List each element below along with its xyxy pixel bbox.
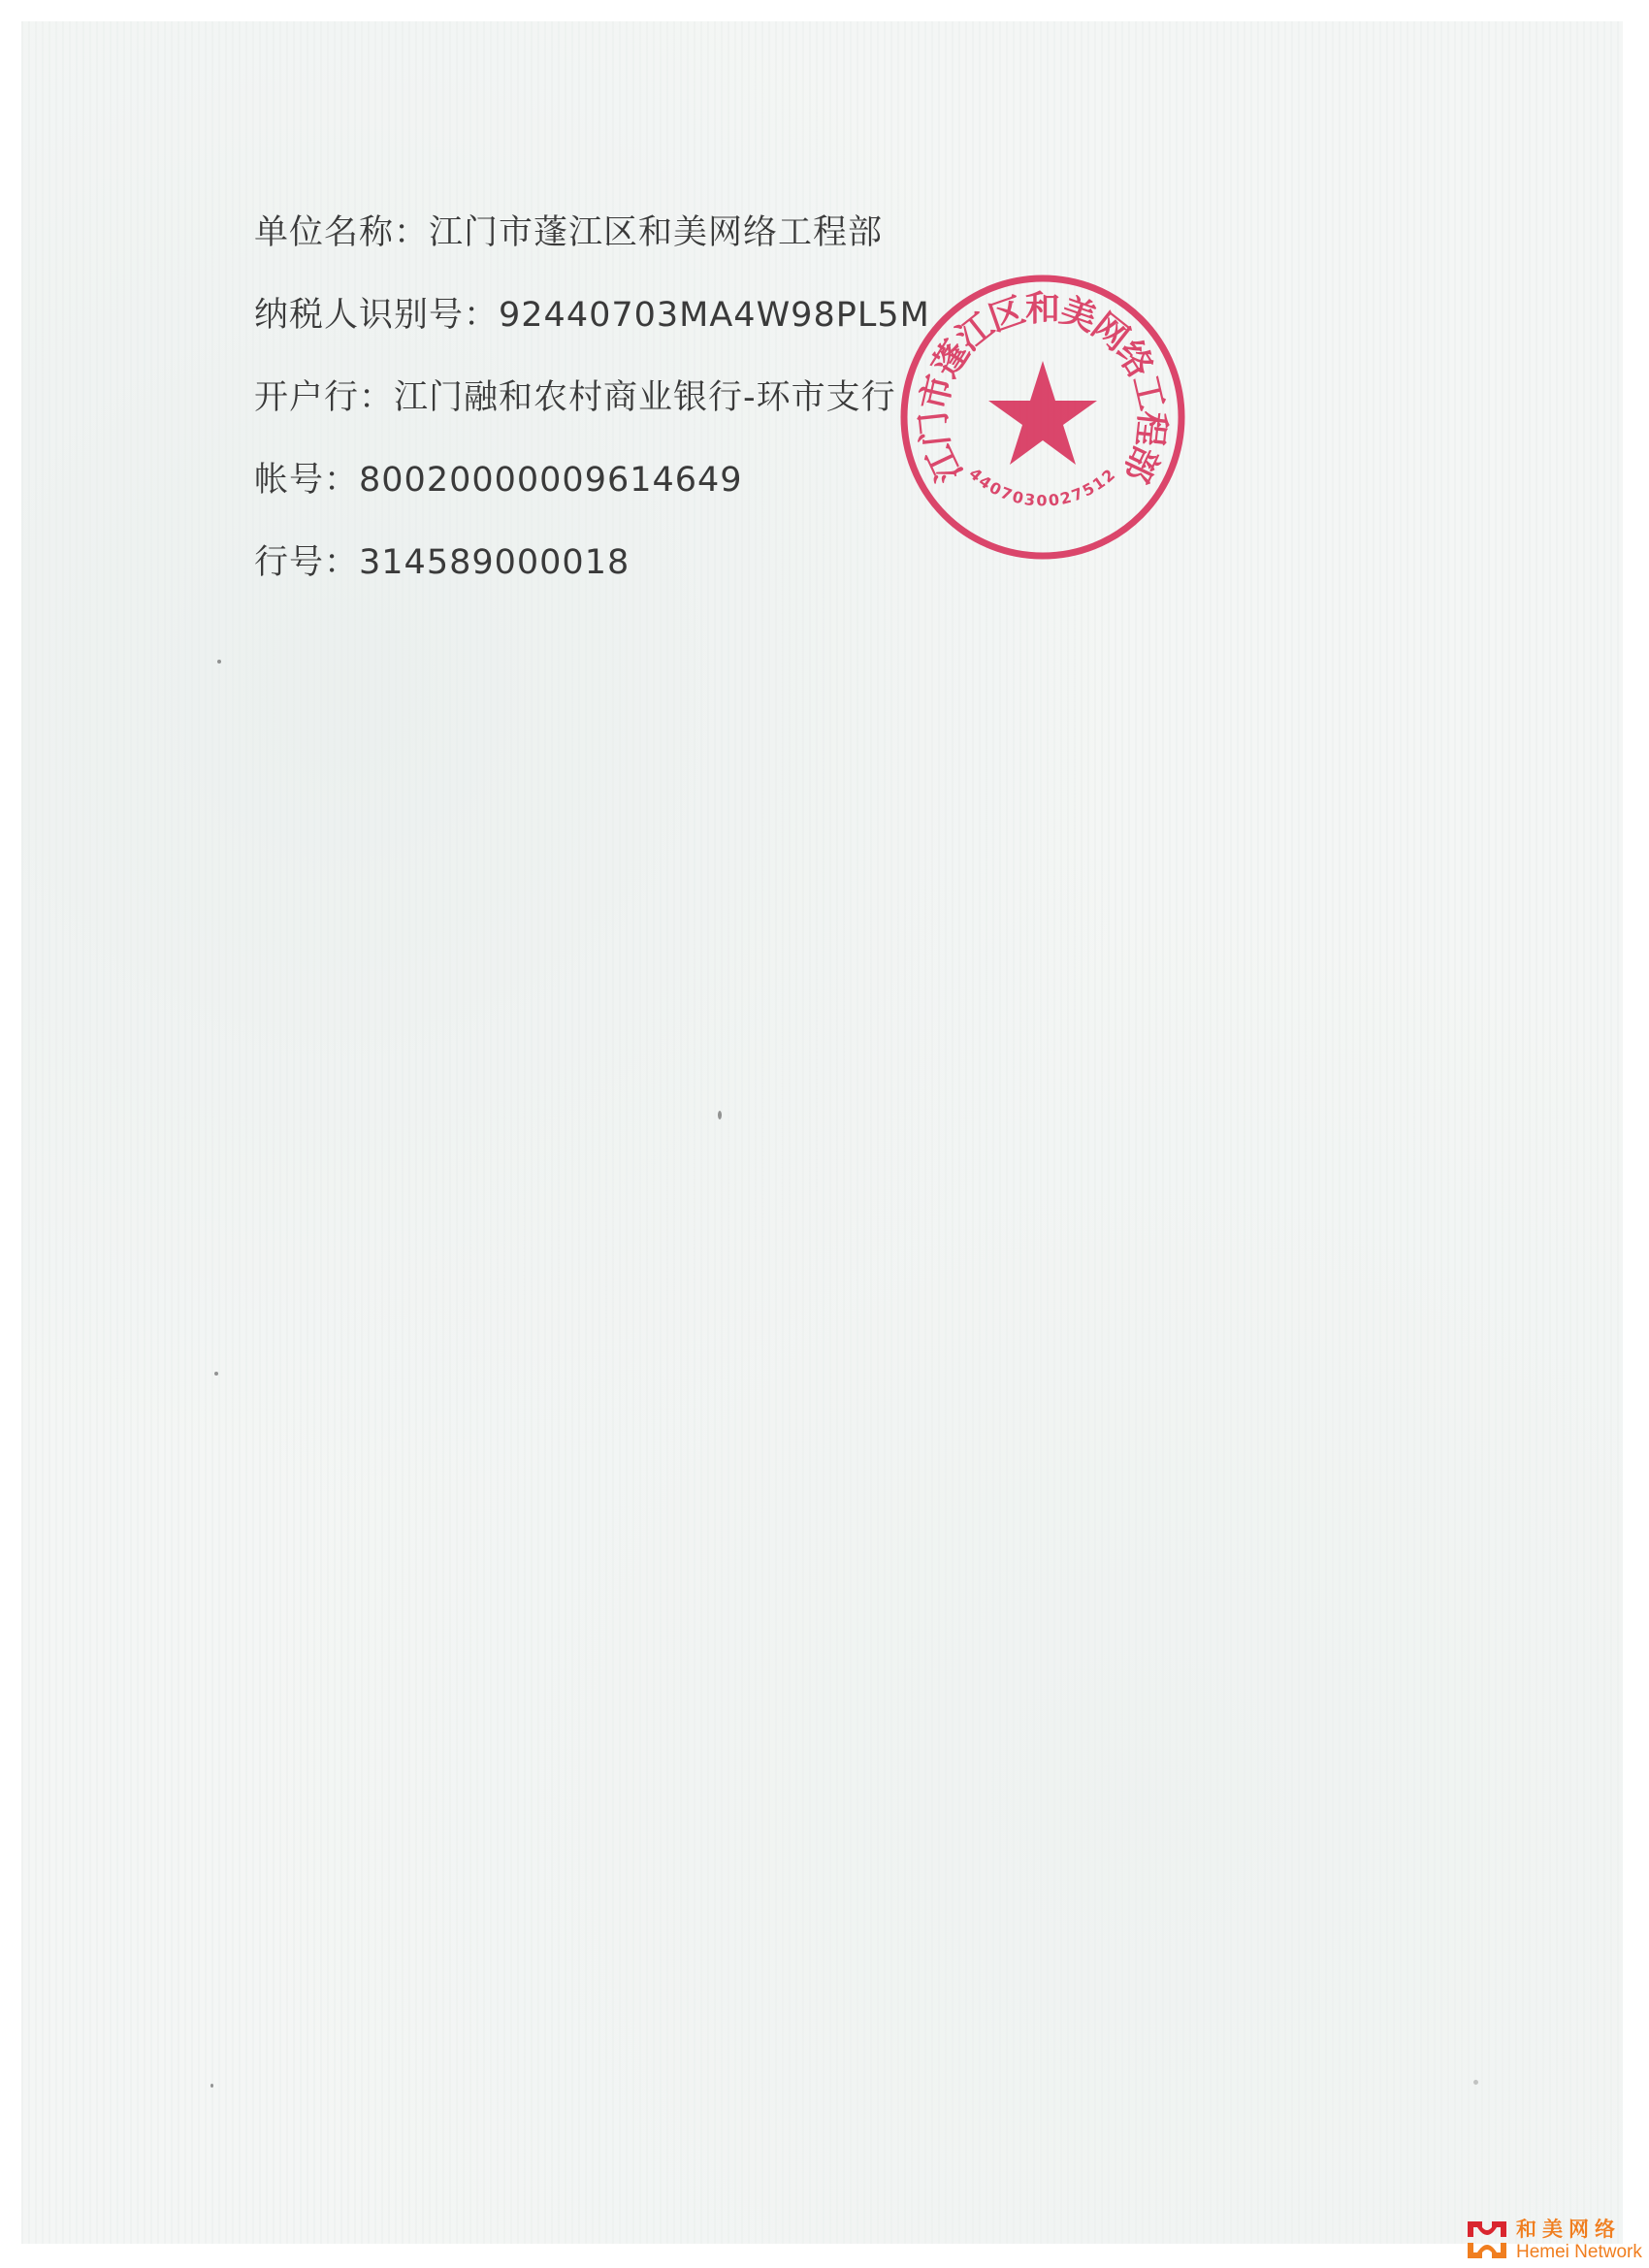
account-line: 帐号：80020000009614649 xyxy=(254,461,743,500)
tax-id-label: 纳税人识别号： xyxy=(254,296,499,335)
bank-line: 开户行：江门融和农村商业银行-环市支行 xyxy=(254,378,896,417)
hemei-logo-cn: 和美网络 xyxy=(1516,2218,1621,2241)
bank-code-line: 行号：314589000018 xyxy=(254,543,630,582)
bank-code-value: 314589000018 xyxy=(359,543,630,582)
bank-label: 开户行： xyxy=(254,378,394,417)
account-value: 80020000009614649 xyxy=(359,461,743,500)
account-label: 帐号： xyxy=(254,461,359,500)
star-icon xyxy=(988,361,1097,465)
paper-speck xyxy=(718,1111,722,1119)
paper-speck xyxy=(214,1372,218,1376)
seal-number-textpath: 4407030027512 xyxy=(965,464,1119,509)
official-seal: 江门市蓬江区和美网络工程部 4407030027512 xyxy=(897,272,1188,563)
paper-speck xyxy=(217,660,221,664)
seal-ring-char: 门 xyxy=(913,409,957,448)
tax-id-line: 纳税人识别号：92440703MA4W98PL5M xyxy=(254,296,930,335)
company-name-line: 单位名称：江门市蓬江区和美网络工程部 xyxy=(254,213,883,252)
hemei-logo-en: Hemei Network xyxy=(1516,2242,1642,2263)
paper-speck xyxy=(210,2084,213,2088)
hemei-logo-icon xyxy=(1465,2218,1509,2262)
company-name-value: 江门市蓬江区和美网络工程部 xyxy=(429,213,883,252)
bank-code-label: 行号： xyxy=(254,543,359,582)
paper-speck xyxy=(1473,2080,1478,2085)
tax-id-value: 92440703MA4W98PL5M xyxy=(499,296,930,335)
seal-ring-char: 和 xyxy=(1025,288,1060,329)
seal-number: 4407030027512 xyxy=(965,464,1119,509)
hemei-watermark: 和美网络 Hemei Network xyxy=(1465,2218,1649,2266)
seal-graphic: 江门市蓬江区和美网络工程部 4407030027512 xyxy=(897,272,1188,563)
bank-value: 江门融和农村商业银行-环市支行 xyxy=(394,378,896,417)
scanned-paper xyxy=(21,21,1623,2244)
company-name-label: 单位名称： xyxy=(254,213,429,252)
